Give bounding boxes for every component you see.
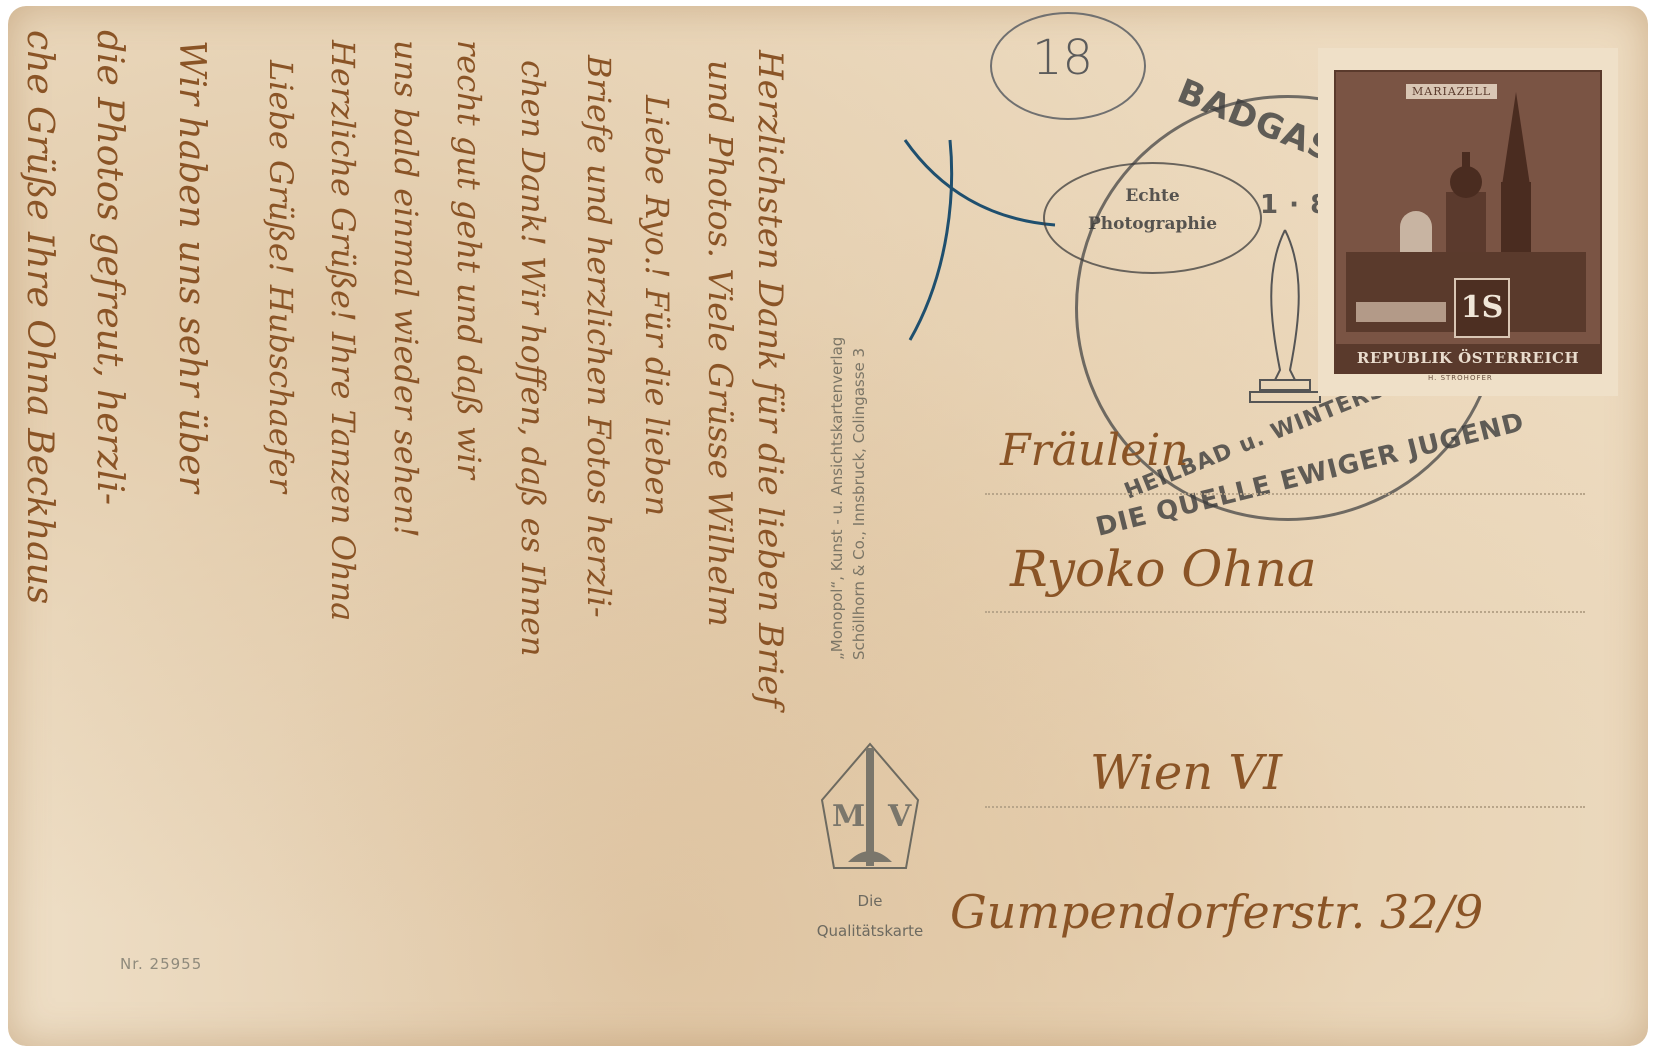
logo-caption-line2: Qualitätskarte — [800, 922, 940, 940]
svg-text:V: V — [887, 799, 912, 834]
message-line: Wir haben uns sehr über — [171, 40, 212, 493]
photo-stamp: Echte Photographie — [1043, 162, 1262, 274]
message-line: Liebe Grüße! Hubschaefer — [262, 60, 300, 493]
message-line: Liebe Ryo.! Für die lieben — [638, 95, 676, 516]
address-street: Gumpendorferstr. 32/9 — [950, 885, 1483, 939]
address-line — [985, 806, 1585, 808]
message-line: und Photos. Viele Grüsse Wilhelm — [701, 60, 740, 627]
message-line: Herzliche Grüße! Ihre Tanzen Ohna — [324, 40, 362, 621]
message-line: recht gut geht und daß wir — [450, 40, 488, 479]
archive-number: 18 — [990, 12, 1146, 120]
address-line — [985, 493, 1585, 495]
stamp-value: 1S — [1454, 278, 1510, 338]
photo-stamp-line2: Photographie — [1045, 214, 1260, 234]
message-line: Herzlichsten Dank für die lieben Brief — [750, 50, 790, 708]
address-city: Wien VI — [1090, 745, 1282, 801]
stamp-country: REPUBLIK ÖSTERREICH — [1336, 344, 1600, 372]
message-line: Briefe und herzlichen Fotos herzli- — [580, 55, 618, 618]
publisher-logo: M V — [818, 740, 922, 872]
photo-stamp-line1: Echte — [1045, 186, 1260, 206]
logo-caption-line1: Die — [830, 892, 910, 910]
message-line: die Photos gefreut, herzli- — [89, 30, 130, 505]
message-line: uns bald einmal wieder sehen! — [387, 40, 425, 538]
blue-pencil-mark — [900, 130, 1060, 350]
postage-stamp: MARIAZELL 1S REPUBLIK ÖSTERREICH H. STRO… — [1318, 48, 1618, 396]
address-salutation: Fräulein — [1000, 425, 1189, 476]
stamp-designer: H. STROHOFER — [1428, 374, 1493, 382]
message-line: chen Dank! Wir hoffen, daß es Ihnen — [514, 60, 552, 657]
stamp-title: MARIAZELL — [1406, 84, 1497, 99]
svg-text:M: M — [832, 799, 865, 834]
stamp-image: MARIAZELL 1S REPUBLIK ÖSTERREICH — [1334, 70, 1602, 374]
card-serial: Nr. 25955 — [120, 955, 202, 973]
publisher-line: „Monopol“, Kunst - u. Ansichtskartenverl… — [826, 337, 848, 660]
message-line: che Grüße Ihre Ohna Beckhaus — [19, 30, 60, 604]
address-line — [985, 611, 1585, 613]
address-name: Ryoko Ohna — [1010, 540, 1317, 598]
publisher-line: Schöllhorn & Co., Innsbruck, Colingasse … — [848, 337, 870, 660]
